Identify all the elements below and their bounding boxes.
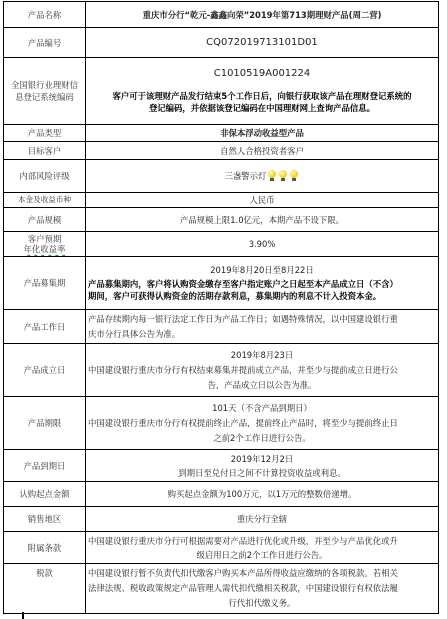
label-product-term: 产品期限	[4, 397, 86, 450]
cursor-bar	[22, 612, 24, 619]
value-product-term: 101天（不含产品到期日） 中国建设银行重庆市分行有权提前终止产品，提前终止产品…	[86, 397, 439, 450]
label-additional-terms: 附属条款	[4, 532, 86, 564]
value-tax: 中国建设银行暂不负责代扣代缴客户购买本产品所得收益应缴纳的各项税款。若相关 法律…	[86, 564, 439, 614]
row-establishment-date: 产品成立日 2019年8月23日 中国建设银行重庆市分行有权结束募集并提前成立产…	[4, 344, 439, 397]
value-maturity-date: 2019年12月2日 到期日至兑付日之间不计算投资收益或利息。	[86, 450, 439, 482]
value-target-customer: 自然人合格投资者客户	[86, 142, 439, 160]
row-expected-yield: 客户预期 年化收益率 3.90%	[4, 232, 439, 257]
label-raise-period: 产品募集期	[4, 257, 86, 310]
label-registry-code: 全国银行业理财信 息登记系统编码	[4, 58, 86, 125]
value-expected-yield: 3.90%	[86, 232, 439, 257]
row-target-customer: 目标客户 自然人合格投资者客户	[4, 142, 439, 160]
label-risk-rating: 内部风险评级	[4, 160, 86, 193]
lightbulb-icon	[267, 170, 276, 182]
label-tax: 税款	[4, 564, 86, 614]
label-min-purchase: 认购起点金额	[4, 482, 86, 507]
row-tax: 税款 中国建设银行暂不负责代扣代缴客户购买本产品所得收益应缴纳的各项税款。若相关…	[4, 564, 439, 614]
value-product-name: 重庆市分行“乾元-鑫鑫向荣”2019年第713期理财产品(周二营)	[86, 2, 439, 28]
row-product-name: 产品名称 重庆市分行“乾元-鑫鑫向荣”2019年第713期理财产品(周二营)	[4, 2, 439, 28]
row-product-code: 产品编号 CQ072019713101D01	[4, 28, 439, 58]
label-sales-region: 销售地区	[4, 507, 86, 532]
label-maturity-date: 产品到期日	[4, 450, 86, 482]
row-risk-rating: 内部风险评级 三盏警示灯	[4, 160, 439, 193]
row-work-day: 产品工作日 产品存续期内每一银行法定工作日为产品工作日；如遇特殊情况，以中国建设…	[4, 310, 439, 344]
value-risk-rating: 三盏警示灯	[86, 160, 439, 193]
value-additional-terms: 中国建设银行重庆市分行可根据需要对产品进行优化或升级，并至少与产品优化或升 级启…	[86, 532, 439, 564]
value-product-scale: 产品规模上限1.0亿元，本期产品不设下限。	[86, 208, 439, 232]
label-establishment-date: 产品成立日	[4, 344, 86, 397]
row-registry-code: 全国银行业理财信 息登记系统编码 C1010519A001224 客户可于该理财…	[4, 58, 439, 125]
value-product-code: CQ072019713101D01	[86, 28, 439, 58]
row-sales-region: 销售地区 重庆分行全辖	[4, 507, 439, 532]
value-establishment-date: 2019年8月23日 中国建设银行重庆市分行有权结束募集并提前成立产品，并至少与…	[86, 344, 439, 397]
label-currency: 本金及收益币种	[4, 193, 86, 208]
label-target-customer: 目标客户	[4, 142, 86, 160]
value-product-type: 非保本浮动收益型产品	[86, 125, 439, 142]
value-sales-region: 重庆分行全辖	[86, 507, 439, 532]
label-product-name: 产品名称	[4, 2, 86, 28]
lightbulb-icon	[278, 170, 287, 182]
label-product-type: 产品类型	[4, 125, 86, 142]
row-product-type: 产品类型 非保本浮动收益型产品	[4, 125, 439, 142]
value-currency: 人民币	[86, 193, 439, 208]
row-min-purchase: 认购起点金额 购买起点金额为100万元，以1万元的整数倍递增。	[4, 482, 439, 507]
lightbulb-icon	[289, 170, 298, 182]
label-work-day: 产品工作日	[4, 310, 86, 344]
row-product-scale: 产品规模 产品规模上限1.0亿元，本期产品不设下限。	[4, 208, 439, 232]
row-raise-period: 产品募集期 2019年8月20日至8月22日 产品募集期内，客户将认购资金缴存至…	[4, 257, 439, 310]
value-work-day: 产品存续期内每一银行法定工作日为产品工作日；如遇特殊情况，以中国建设银行重 庆市…	[86, 310, 439, 344]
label-product-code: 产品编号	[4, 28, 86, 58]
value-min-purchase: 购买起点金额为100万元，以1万元的整数倍递增。	[86, 482, 439, 507]
product-info-table: 产品名称 重庆市分行“乾元-鑫鑫向荣”2019年第713期理财产品(周二营) 产…	[3, 1, 439, 614]
row-maturity-date: 产品到期日 2019年12月2日 到期日至兑付日之间不计算投资收益或利息。	[4, 450, 439, 482]
row-additional-terms: 附属条款 中国建设银行重庆市分行可根据需要对产品进行优化或升级，并至少与产品优化…	[4, 532, 439, 564]
row-currency: 本金及收益币种 人民币	[4, 193, 439, 208]
label-expected-yield: 客户预期 年化收益率	[4, 232, 86, 257]
value-registry-code: C1010519A001224 客户可于该理财产品发行结束5个工作日后，向银行获…	[86, 58, 439, 125]
value-raise-period: 2019年8月20日至8月22日 产品募集期内，客户将认购资金缴存至客户指定账户…	[86, 257, 439, 310]
label-product-scale: 产品规模	[4, 208, 86, 232]
row-product-term: 产品期限 101天（不含产品到期日） 中国建设银行重庆市分行有权提前终止产品，提…	[4, 397, 439, 450]
